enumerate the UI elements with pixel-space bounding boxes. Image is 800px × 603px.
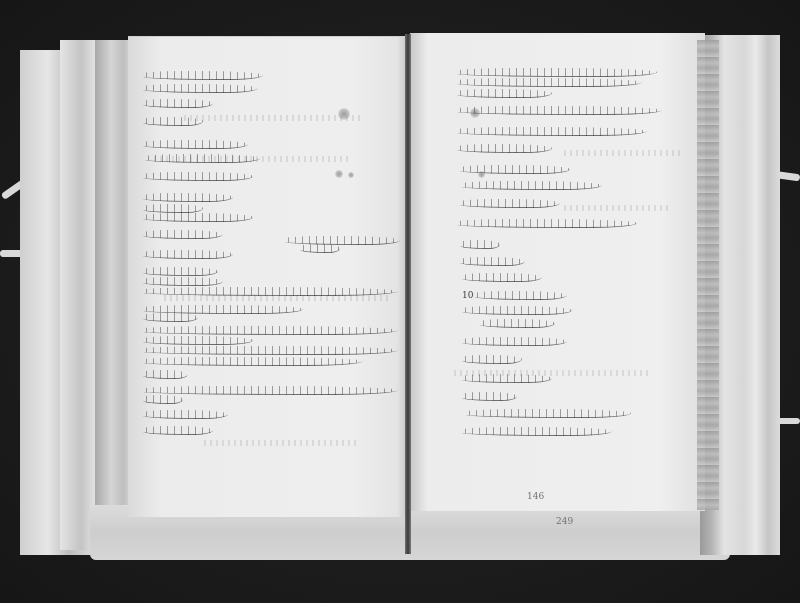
handwritten-line [462, 306, 572, 314]
handwritten-line [143, 267, 218, 275]
handwritten-line [462, 392, 517, 400]
handwriting-stroke [143, 172, 253, 181]
handwriting-stroke [143, 287, 398, 296]
handwriting-stroke [143, 346, 398, 355]
handwriting-stroke [143, 357, 363, 366]
bleed-through-text [200, 440, 360, 446]
handwriting-stroke [480, 319, 555, 328]
handwritten-line [143, 357, 363, 365]
handwritten-line [143, 172, 253, 180]
handwritten-line [462, 273, 542, 281]
handwriting-stroke [143, 250, 233, 259]
handwriting-stroke [462, 374, 552, 383]
handwritten-line [462, 374, 552, 382]
handwriting-stroke [462, 181, 602, 190]
handwritten-line [143, 250, 233, 258]
handwriting-stroke [474, 291, 567, 300]
handwriting-stroke [457, 127, 647, 136]
handwriting-stroke [462, 355, 522, 364]
handwritten-line [462, 337, 567, 345]
handwriting-stroke [143, 117, 203, 126]
handwritten-line [143, 213, 253, 221]
handwritten-line [300, 244, 340, 252]
ink-stain [335, 170, 343, 178]
handwriting-stroke [143, 99, 213, 108]
handwritten-line [460, 165, 570, 173]
handwriting-stroke [143, 326, 398, 335]
handwriting-stroke [460, 165, 570, 174]
book-gutter [405, 34, 411, 554]
handwriting-stroke [462, 306, 572, 315]
handwriting-stroke [143, 213, 253, 222]
handwriting-stroke [460, 199, 560, 208]
handwritten-line [143, 84, 258, 92]
handwriting-stroke [143, 71, 263, 80]
handwritten-line [143, 99, 213, 107]
handwritten-line [457, 106, 662, 114]
handwritten-line [460, 240, 500, 248]
handwritten-line [474, 291, 567, 299]
handwritten-line [457, 89, 552, 97]
handwriting-stroke [462, 392, 517, 401]
handwritten-line [143, 204, 203, 212]
handwriting-stroke [143, 336, 253, 345]
handwritten-line [143, 277, 223, 285]
handwritten-line [143, 305, 303, 313]
handwriting-stroke [143, 426, 213, 435]
handwritten-line [143, 395, 183, 403]
handwriting-stroke [143, 313, 198, 322]
handwritten-line [143, 230, 223, 238]
handwriting-stroke [462, 337, 567, 346]
handwritten-line [143, 346, 398, 354]
handwriting-stroke [457, 219, 637, 228]
handwritten-line [143, 140, 248, 148]
handwriting-stroke [457, 78, 642, 87]
handwriting-stroke [143, 267, 218, 276]
handwritten-line [143, 370, 188, 378]
handwritten-line [462, 427, 612, 435]
handwriting-stroke [143, 370, 188, 379]
handwritten-line [462, 355, 522, 363]
inline-number: 10 [462, 291, 473, 301]
folio-number-lower: 249 [556, 517, 573, 527]
handwriting-stroke [457, 68, 657, 77]
handwriting-stroke [143, 193, 233, 202]
bleed-through-text [560, 205, 670, 211]
handwritten-line [143, 410, 228, 418]
handwritten-line [457, 78, 642, 86]
handwriting-stroke [460, 240, 500, 249]
handwriting-stroke [457, 89, 552, 98]
handwriting-stroke [143, 204, 203, 213]
handwriting-stroke [462, 427, 612, 436]
handwritten-line [143, 326, 398, 334]
handwritten-line [143, 386, 398, 394]
handwritten-line [480, 319, 555, 327]
handwriting-stroke [462, 273, 542, 282]
handwritten-line [143, 426, 213, 434]
handwriting-stroke [143, 410, 228, 419]
handwritten-line [457, 144, 552, 152]
handwritten-line [143, 336, 253, 344]
handwriting-stroke [457, 144, 552, 153]
folio-number-upper: 146 [527, 492, 544, 502]
right-page-deckle-edge [697, 40, 719, 510]
handwritten-line [143, 71, 263, 79]
handwritten-line [145, 154, 260, 162]
right-page [410, 33, 705, 511]
handwriting-stroke [143, 140, 248, 149]
handwritten-line [143, 287, 398, 295]
handwritten-line [143, 313, 198, 321]
handwriting-stroke [143, 230, 223, 239]
handwritten-line [462, 181, 602, 189]
handwriting-stroke [466, 409, 631, 418]
handwriting-stroke [457, 106, 662, 115]
handwritten-line [143, 117, 203, 125]
handwritten-line [457, 127, 647, 135]
handwritten-line [460, 199, 560, 207]
handwritten-line [460, 257, 525, 265]
handwriting-stroke [300, 244, 340, 253]
ink-stain [348, 172, 354, 178]
handwriting-stroke [143, 395, 183, 404]
bleed-through-text [180, 115, 360, 121]
handwriting-stroke [143, 84, 258, 93]
handwritten-line [143, 193, 233, 201]
handwritten-line [457, 219, 637, 227]
handwriting-stroke [145, 154, 260, 163]
handwriting-stroke [143, 277, 223, 286]
handwritten-line [466, 409, 631, 417]
bleed-through-text [560, 150, 680, 156]
handwritten-line [457, 68, 657, 76]
handwritten-line [285, 236, 400, 244]
handwriting-stroke [143, 386, 398, 395]
handwriting-stroke [460, 257, 525, 266]
